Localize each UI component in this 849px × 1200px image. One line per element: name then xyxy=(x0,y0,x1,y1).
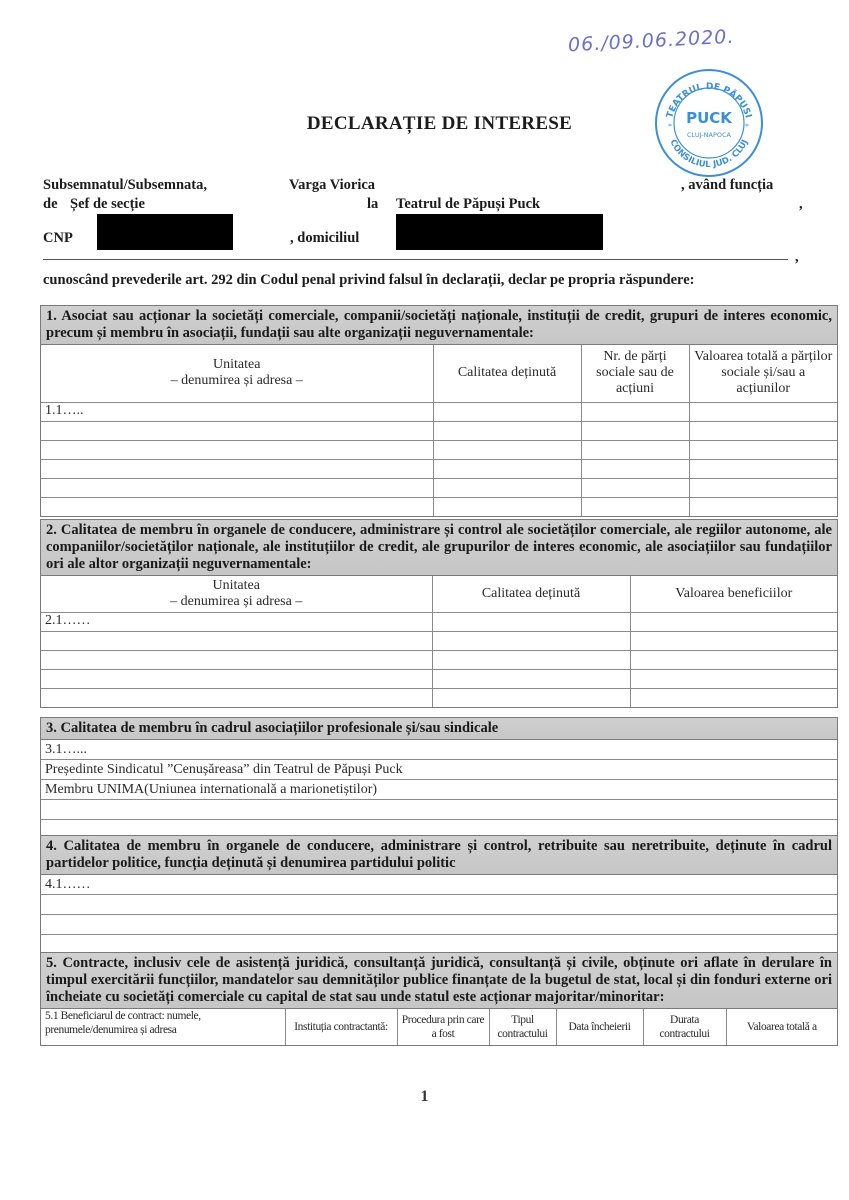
section-1-table: Unitatea – denumirea și adresa – Calitat… xyxy=(41,345,837,516)
table-row xyxy=(41,478,837,497)
col-tipul: Tipul contractului xyxy=(489,1009,556,1045)
table-row xyxy=(41,497,837,516)
section-5-table: 5.1 Beneficiarul de contract: numele, pr… xyxy=(41,1009,837,1045)
table-row xyxy=(41,669,837,688)
col-valoarea-totala: Valoarea totală a xyxy=(726,1009,837,1045)
table-row xyxy=(41,631,837,650)
section-2-table: Unitatea – denumirea și adresa – Calitat… xyxy=(41,576,837,707)
col-unitatea: Unitatea – denumirea și adresa – xyxy=(41,345,433,402)
table-row: 2.1…… xyxy=(41,612,837,631)
list-item[interactable] xyxy=(41,800,837,820)
statement-text: cunoscând prevederile art. 292 din Codul… xyxy=(43,272,694,289)
col-valoarea-beneficiilor: Valoarea beneficiilor xyxy=(630,576,837,612)
domiciliul-label: , domiciliul xyxy=(290,230,359,247)
comma: , xyxy=(799,196,803,213)
section-4: 4. Calitatea de membru în organele de co… xyxy=(40,835,838,955)
redacted-cnp xyxy=(97,214,233,250)
col-institutia: Instituția contractantă: xyxy=(285,1009,397,1045)
cnp-label: CNP xyxy=(43,230,73,247)
subsemnatul-label: Subsemnatul/Subsemnata, xyxy=(43,177,207,194)
section-4-title: 4. Calitatea de membru în organele de co… xyxy=(41,836,837,875)
col-data: Data încheierii xyxy=(556,1009,643,1045)
page-number: 1 xyxy=(0,1088,849,1106)
list-item[interactable]: Membru UNIMA(Uniunea internatională a ma… xyxy=(41,780,837,800)
table-row xyxy=(41,650,837,669)
section-3: 3. Calitatea de membru în cadrul asociaț… xyxy=(40,717,838,840)
table-row xyxy=(41,459,837,478)
col-beneficiar: 5.1 Beneficiarul de contract: numele, pr… xyxy=(41,1009,285,1045)
col-unitatea: Unitatea – denumirea și adresa – xyxy=(41,576,432,612)
handwritten-date: 06./09.06.2020. xyxy=(568,26,735,57)
list-item[interactable]: 3.1…... xyxy=(41,740,837,760)
redacted-address xyxy=(396,214,603,250)
section-1-title: 1. Asociat sau acționar la societăți com… xyxy=(41,306,837,345)
section-3-title: 3. Calitatea de membru în cadrul asociaț… xyxy=(41,718,837,740)
table-row xyxy=(41,421,837,440)
col-calitatea: Calitatea deținută xyxy=(433,345,581,402)
section-2: 2. Calitatea de membru în organele de co… xyxy=(40,519,838,708)
institutia-value: Teatrul de Păpuși Puck xyxy=(396,196,540,213)
table-row: 1.1….. xyxy=(41,402,837,421)
list-item[interactable]: 4.1…… xyxy=(41,875,837,895)
section-2-title: 2. Calitatea de membru în organele de co… xyxy=(41,520,837,576)
section-1: 1. Asociat sau acționar la societăți com… xyxy=(40,305,838,517)
address-line xyxy=(43,259,788,260)
col-durata: Durata contractului xyxy=(643,1009,726,1045)
de-label: de xyxy=(43,196,58,213)
section-5-title: 5. Contracte, inclusiv cele de asistență… xyxy=(41,953,837,1009)
table-row xyxy=(41,688,837,707)
list-item[interactable] xyxy=(41,915,837,935)
section-5: 5. Contracte, inclusiv cele de asistență… xyxy=(40,952,838,1046)
list-item[interactable] xyxy=(41,895,837,915)
col-nr-parti: Nr. de părți sociale sau de acțiuni xyxy=(581,345,689,402)
la-label: la xyxy=(367,196,378,213)
functia-value: Șef de secție xyxy=(70,196,145,213)
page-title: DECLARAȚIE DE INTERESE xyxy=(0,113,849,135)
col-procedura: Procedura prin care a fost xyxy=(397,1009,489,1045)
list-item[interactable]: Președinte Sindicatul ”Cenușăreasa” din … xyxy=(41,760,837,780)
declarant-name: Varga Viorica xyxy=(289,177,375,194)
col-valoarea: Valoarea totală a părților sociale și/sa… xyxy=(689,345,837,402)
avand-functia-label: , având funcția xyxy=(681,177,773,194)
col-calitatea: Calitatea deținută xyxy=(432,576,630,612)
table-row xyxy=(41,440,837,459)
trailing-comma: , xyxy=(795,249,799,266)
